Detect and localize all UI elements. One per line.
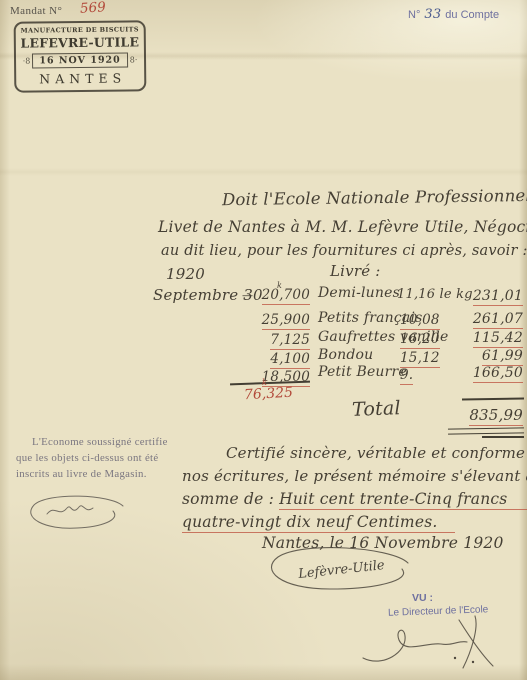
certification-line4-wrap: quatre-vingt dix neuf Centimes. <box>182 513 455 533</box>
mandat-label: Mandat N° <box>10 5 62 17</box>
sum-amount-words: Huit cent trente-Cinq francs <box>279 490 527 510</box>
stamp-manufacture-line: MANUFACTURE DE BISCUITS <box>18 25 142 34</box>
stamp-ornament-right-icon: 8· <box>130 55 138 64</box>
qty-value: 4,100 <box>270 351 310 369</box>
qty-value: 25,900 <box>262 312 310 330</box>
compte-number: 33 <box>424 7 441 22</box>
amount-cell: 115,42 <box>455 329 523 348</box>
unit-price: 9. <box>400 367 413 385</box>
mandat-number: 569 <box>79 0 106 17</box>
amount-cell: 166,50 <box>455 364 523 383</box>
amount-value: 231,01 <box>473 288 523 306</box>
document-page: Mandat N° 569 N° 33 du Compte MANUFACTUR… <box>0 0 527 680</box>
weight-total: 76,325 <box>244 385 294 404</box>
stamp-city: NANTES <box>18 70 142 86</box>
stamp-brand-line: LEFEVRE-UTILE <box>18 34 142 50</box>
memo-heading-line2: Livet de Nantes à M. M. Lefèvre Utile, N… <box>158 218 527 236</box>
vu-stamp-label: VU : <box>412 592 433 604</box>
amount-cell: 231,01 <box>455 287 523 306</box>
stamp-date: 16 NOV 1920 <box>32 53 128 69</box>
product-name: Bondou <box>318 347 373 363</box>
table-row: 4,100 <box>218 350 310 369</box>
certification-line3: somme de : Huit cent trente-Cinq francs <box>182 490 527 510</box>
unit-price: 16,20 <box>400 331 440 349</box>
stamp-date-row: ·8 16 NOV 1920 8· <box>18 52 142 68</box>
company-signature-text: Lefèvre-Utile <box>297 558 386 582</box>
weight-total-cell: 76,325 <box>205 385 293 403</box>
product-name: Petit Beurre <box>318 364 407 380</box>
unit-price: 10,08 <box>400 312 440 330</box>
amount-value: 261,07 <box>473 311 523 329</box>
stamp-ornament-left-icon: ·8 <box>23 57 31 66</box>
sum-prefix: somme de : <box>182 490 279 508</box>
econome-signature-flourish <box>25 490 130 535</box>
econome-stamp-line1: L'Econome soussigné certifie <box>32 436 168 448</box>
flourish-line <box>482 436 524 438</box>
total-amount-cell: 835,99 <box>455 406 523 426</box>
econome-stamp-line2: que les objets ci-dessus ont été <box>16 452 158 464</box>
amount-value: 115,42 <box>473 330 523 348</box>
certification-line2: nos écritures, le présent mémoire s'élev… <box>182 467 527 485</box>
director-signature-flourish <box>355 608 520 676</box>
total-label: Total <box>352 397 401 421</box>
company-signature: Lefèvre-Utile <box>262 543 417 595</box>
table-row: 7,125 <box>218 331 310 350</box>
table-row: 20,700 <box>218 286 310 305</box>
memo-heading-line1: Doit l'Ecole Nationale Professionnelle <box>222 186 527 210</box>
compte-suffix: du Compte <box>445 9 499 21</box>
total-rule-top <box>462 397 524 400</box>
total-amount: 835,99 <box>469 406 523 426</box>
account-number-block: N° 33 du Compte <box>408 5 499 23</box>
qty-value: 20,700 <box>262 287 310 305</box>
amount-value: 166,50 <box>473 365 523 383</box>
memo-heading-line3: au dit lieu, pour les fournitures ci apr… <box>161 243 527 259</box>
amount-cell: 261,07 <box>455 310 523 329</box>
qty-unit-sup: k <box>277 281 282 290</box>
delivered-label: Livré : <box>330 262 381 280</box>
certification-line1: Certifié sincère, véritable et conforme … <box>226 444 527 462</box>
product-name: Demi-lunes <box>318 285 400 301</box>
certification-line4: quatre-vingt dix neuf Centimes. <box>182 513 455 533</box>
weight-total-unit-sup: k <box>262 378 267 387</box>
econome-stamp-line3: inscrits au livre de Magasin. <box>16 468 147 480</box>
lefevre-utile-rubber-stamp: MANUFACTURE DE BISCUITS LEFEVRE-UTILE ·8… <box>14 20 147 92</box>
memo-year: 1920 <box>166 265 205 283</box>
qty-value: 7,125 <box>270 332 310 350</box>
paper-crease <box>0 168 527 176</box>
table-row: 25,900 <box>218 311 310 330</box>
total-rule-bottom <box>448 427 524 434</box>
compte-prefix: N° <box>408 9 420 21</box>
